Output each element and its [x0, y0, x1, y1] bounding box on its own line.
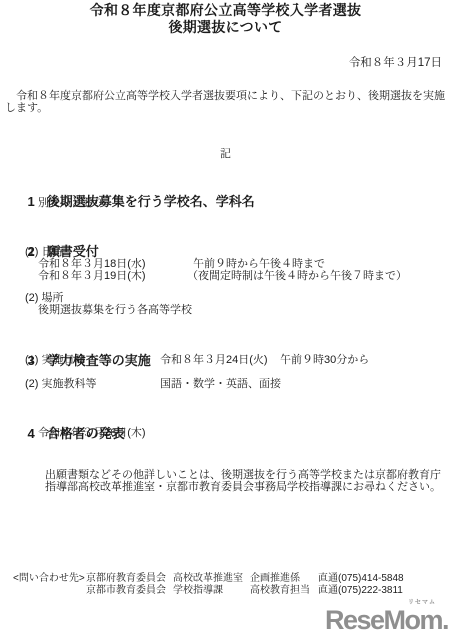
intro-line-1: 令和８年度京都府公立高等学校入学者選抜要項により、下記のとおり、後期選抜を実施 [5, 90, 445, 102]
contact-row1-dept: 高校改革推進室 [173, 573, 243, 585]
section3-item1-label: (1) 実施日時 [25, 354, 86, 366]
note-line-1: 出願書類などその他詳しいことは、後期選抜を行う高等学校または京都府教育庁 [45, 469, 441, 481]
section1-number: 1 [27, 194, 34, 209]
intro-line-2: します。 [5, 102, 48, 114]
contact-row2-phone: 直通(075)222-3811 [318, 585, 403, 597]
issue-date: 令和８年３月17日 [349, 54, 442, 70]
contact-row1-org: 京都府教育委員会 [86, 573, 166, 585]
section3-item2-label: (2) 実施教科等 [25, 378, 97, 390]
contact-row2-org: 京都市教育委員会 [86, 585, 166, 597]
document-page: 令和８年度京都府公立高等学校入学者選抜 後期選抜について 令和８年３月17日 令… [0, 0, 451, 640]
document-title-line1: 令和８年度京都府公立高等学校入学者選抜 [0, 2, 451, 18]
contact-row1-unit: 企画推進係 [250, 573, 300, 585]
section2-row1-date: 令和８年３月18日(水) [38, 258, 146, 270]
section2-row2-time: （夜間定時制は午後４時から午後７時まで） [187, 270, 407, 282]
section2-row1-time: 午前９時から午後４時まで [193, 258, 325, 270]
section2-item2-value: 後期選抜募集を行う各高等学校 [38, 304, 192, 316]
section2-row2-date: 令和８年３月19日(木) [38, 270, 146, 282]
section3-item1-value: 令和８年３月24日(火) [160, 354, 268, 366]
contact-row2-unit: 高校教育担当 [250, 585, 310, 597]
section4-body: 令和８年３月26日(木) [38, 427, 146, 439]
section3-item1-time: 午前９時30分から [280, 354, 369, 366]
resemom-logo: リセマム ReseMom. [336, 597, 448, 632]
section4-number: 4 [27, 426, 34, 441]
record-mark: 記 [0, 148, 451, 160]
resemom-logo-text: ReseMom. [325, 606, 448, 634]
contact-row2-dept: 学校指導課 [173, 585, 223, 597]
section2-item1-label: (1) 日時 [25, 246, 64, 258]
section1-body: 別表のとおり [38, 197, 104, 209]
note-line-2: 指導部高校改革推進室・京都市教育委員会事務局学校指導課にお尋ねください。 [45, 481, 441, 493]
section3-item2-value: 国語・数学・英語、面接 [160, 378, 281, 390]
section2-item2-label: (2) 場所 [25, 292, 64, 304]
document-title-line2: 後期選抜について [0, 19, 451, 35]
contact-label: <問い合わせ先> [13, 573, 85, 585]
contact-row1-phone: 直通(075)414-5848 [318, 573, 404, 585]
